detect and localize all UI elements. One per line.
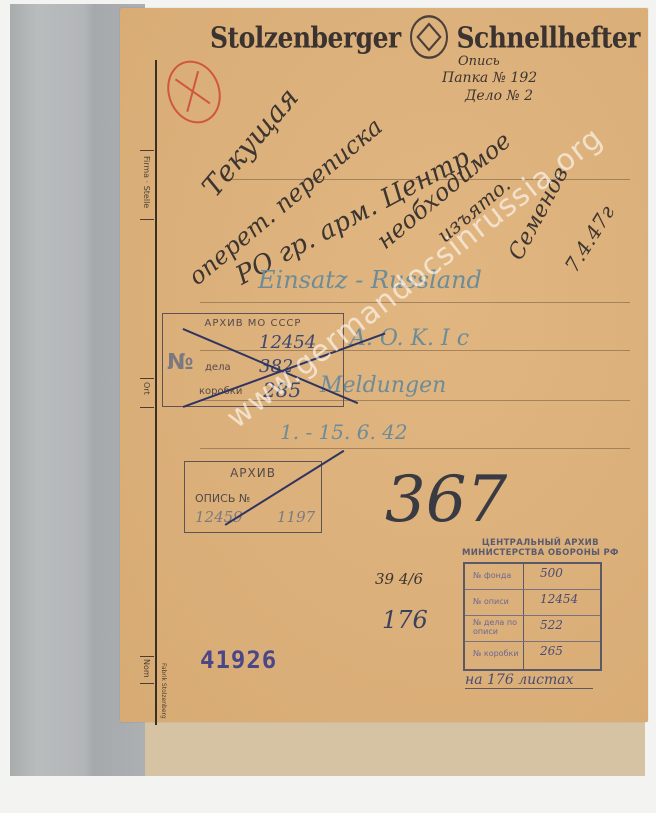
folder-cover: Stolzenberger Schnellhefter Firma · Stel… <box>120 8 648 722</box>
stamp-archive-opis: АРХИВ ОПИСЬ № 12459 1197 <box>184 461 322 533</box>
camo-stamp-box: № фонда 500 № описи 12454 № дела по опис… <box>463 562 602 671</box>
ref-papka: Папка № 192 <box>442 70 537 86</box>
camo-row-opis: № описи 12454 <box>465 590 600 616</box>
big-number: 367 <box>385 463 507 537</box>
side-label-firma: Firma · Stelle <box>142 156 151 208</box>
margin-rule <box>155 60 157 725</box>
back-board <box>145 720 645 776</box>
count-note: 176 <box>382 606 428 634</box>
camo-footer: на 176 листах <box>465 672 593 689</box>
side-label-ort: Ort <box>142 382 151 395</box>
folder-brand: Stolzenberger Schnellhefter <box>210 15 640 59</box>
fraction-note: 39 4/6 <box>375 570 423 588</box>
ref-delo: Дело № 2 <box>465 88 533 104</box>
number-sign: № <box>167 350 193 375</box>
inventory-number: 41926 <box>200 646 277 674</box>
printer-label: Fabrik Stolzenberg <box>160 663 167 719</box>
camo-header: ЦЕНТРАЛЬНЫЙ АРХИВ МИНИСТЕРСТВА ОБОРОНЫ Р… <box>462 538 619 558</box>
ref-opis: Опись <box>458 54 500 69</box>
german-line4: 1. - 15. 6. 42 <box>280 420 408 444</box>
camo-row-delo: № дела по описи 522 <box>465 616 600 642</box>
brand-right: Schnellhefter <box>456 20 640 53</box>
camo-row-fond: № фонда 500 <box>465 564 600 590</box>
brand-left: Stolzenberger <box>210 20 401 53</box>
side-label-nom: Nom <box>142 659 151 678</box>
camo-row-korobka: № коробки 265 <box>465 642 600 667</box>
star-emblem-icon <box>410 15 448 59</box>
